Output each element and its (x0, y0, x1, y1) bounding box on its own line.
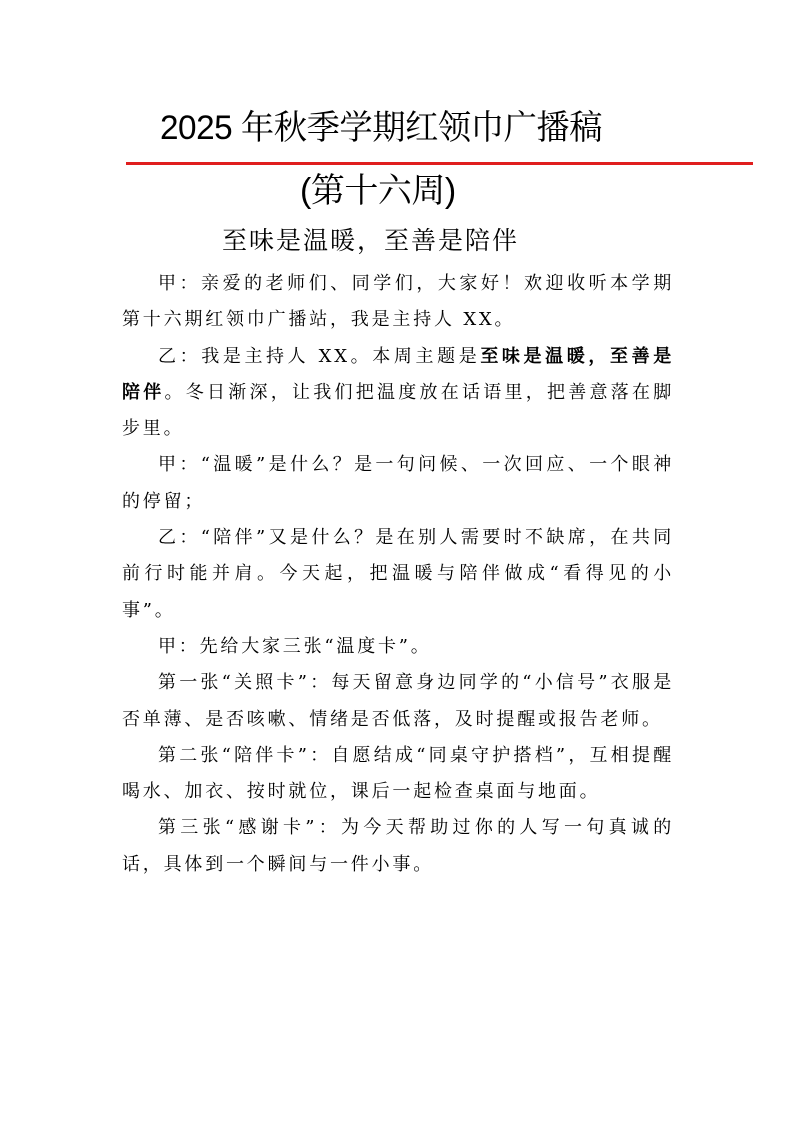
paragraph-warmth-question: 甲：“温暖”是什么？是一句问候、一次回应、一个眼神的停留； (122, 447, 674, 520)
paragraph-three-cards-intro: 甲：先给大家三张“温度卡”。 (122, 629, 674, 665)
theme-intro-text: 乙：我是主持人 XX。本周主题是 (158, 346, 480, 367)
paragraph-host-b-theme: 乙：我是主持人 XX。本周主题是至味是温暖，至善是陪伴。冬日渐深，让我们把温度放… (122, 339, 674, 448)
paragraph-companion-card: 第二张“陪伴卡”：自愿结成“同桌守护搭档”，互相提醒喝水、加衣、按时就位，课后一… (122, 738, 674, 811)
paragraph-care-card: 第一张“关照卡”：每天留意身边同学的“小信号”衣服是否单薄、是否咳嗽、情绪是否低… (122, 665, 674, 738)
broadcast-script-body: 甲：亲爱的老师们、同学们，大家好！欢迎收听本学期第十六期红领巾广播站，我是主持人… (122, 266, 674, 883)
document-title: 2025 年秋季学期红领巾广播稿 (160, 106, 630, 150)
theme-outro-text: 。冬日渐深，让我们把温度放在话语里，把善意落在脚步里。 (122, 382, 674, 439)
week-label: (第十六周) (300, 168, 500, 214)
paragraph-companionship-question: 乙：“陪伴”又是什么？是在别人需要时不缺席，在共同前行时能并肩。今天起，把温暖与… (122, 520, 674, 629)
paragraph-host-a-greeting: 甲：亲爱的老师们、同学们，大家好！欢迎收听本学期第十六期红领巾广播站，我是主持人… (122, 266, 674, 339)
red-divider-line (126, 162, 753, 165)
theme-subtitle: 至味是温暖，至善是陪伴 (222, 223, 582, 259)
paragraph-thanks-card: 第三张“感谢卡”：为今天帮助过你的人写一句真诚的话，具体到一个瞬间与一件小事。 (122, 810, 674, 883)
